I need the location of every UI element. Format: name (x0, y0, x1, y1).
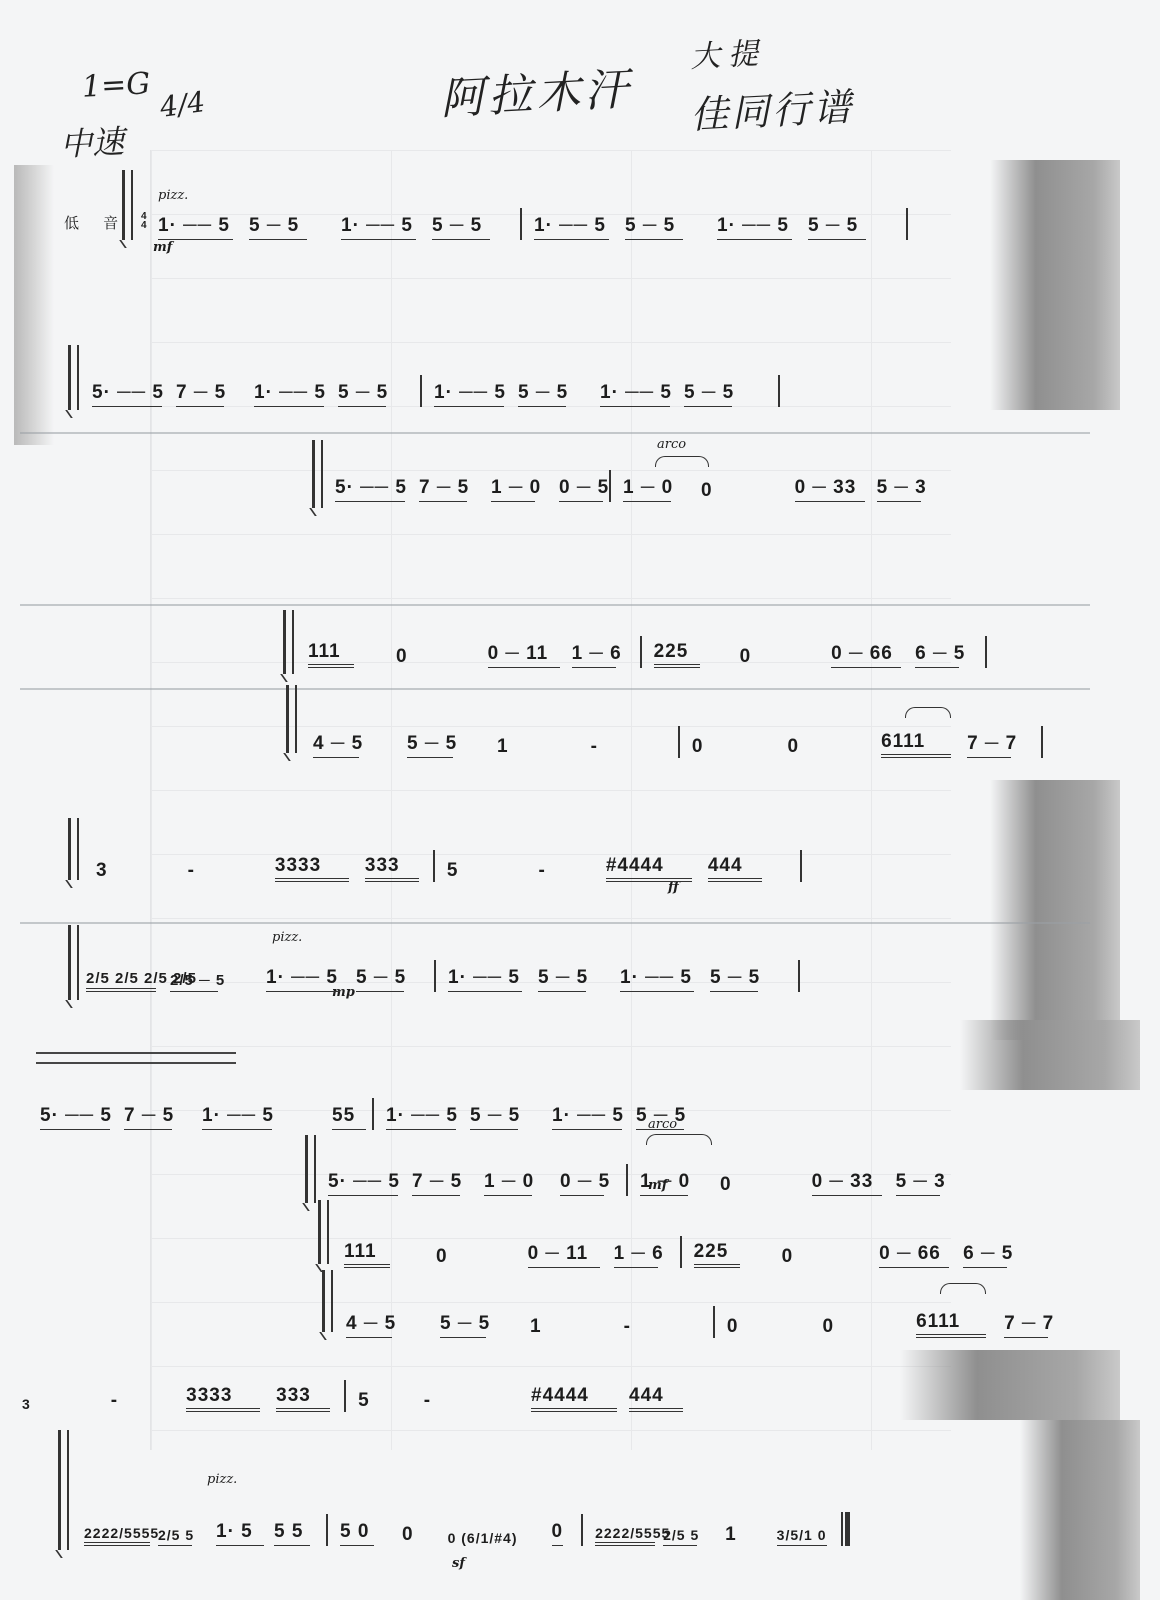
staff-1: 1· ── 5 5 ─ 5 1· ── 5 5 ─ 5 1· ── 5 5 ─ … (158, 208, 920, 240)
note-group: 0 ─ 11 (528, 1243, 600, 1268)
note-group: 1· ── 5 (620, 967, 694, 992)
system-bracket (122, 170, 133, 240)
note-group: 7 ─ 7 (1004, 1313, 1048, 1338)
final-barline (841, 1512, 850, 1546)
instrument-part: 大提 (689, 28, 767, 76)
note-group: 5 0 (340, 1521, 374, 1546)
note-group: 1· ── 5 (266, 967, 340, 992)
note-group: 6111 (916, 1311, 986, 1338)
chord-group: 2/5 ─ 5 (170, 972, 218, 992)
system-bracket (68, 818, 79, 880)
note-group: 5 ─ 5 (808, 215, 866, 240)
note-group: 0 (720, 1174, 732, 1196)
note-group: 5 ─ 5 (684, 382, 732, 407)
barline (420, 375, 422, 407)
scan-shadow-right-1 (990, 160, 1120, 410)
note-group: #4444 (606, 855, 692, 882)
note-group: 5 ─ 5 (432, 215, 490, 240)
note-group: 3333 (186, 1385, 260, 1412)
note-group: - (188, 860, 195, 882)
note-group: 5 ─ 5 (518, 382, 566, 407)
staff-4: 111 0 0 ─ 11 1 ─ 6 225 0 0 ─ 66 6 ─ 5 (308, 636, 999, 668)
technique-marking: pizz. (207, 1472, 237, 1487)
note-group: 1· ── 5 (552, 1105, 622, 1130)
staff-13: 2222/5555 2/5 5 1· 5 5 5 5 0 0 0 (6/1/#4… (84, 1512, 850, 1546)
note-group: 5 ─ 5 (625, 215, 683, 240)
note-group: 0 (740, 646, 752, 668)
note-group: - (591, 736, 598, 758)
note-group: 5 ─ 5 (338, 382, 386, 407)
piece-title: 阿拉木汗 (438, 53, 633, 127)
note-group: 4 ─ 5 (313, 733, 359, 758)
barline (800, 850, 802, 882)
note-group: 1 ─ 6 (614, 1243, 658, 1268)
paper-strip-edge (20, 922, 1090, 924)
note-group: 1· ── 5 (254, 382, 324, 407)
note-group: 444 (708, 855, 762, 882)
note-group: 0 (787, 736, 799, 758)
note-group: 5 ─ 3 (877, 477, 921, 502)
technique-marking: arco (657, 437, 686, 452)
note-group: 5 ─ 5 (538, 967, 586, 992)
note-group: 1· ── 5 (534, 215, 609, 240)
note-group: 1 (497, 736, 509, 758)
technique-marking: arco (648, 1117, 677, 1132)
note-group: - (424, 1390, 431, 1412)
note-group: 0 ─ 11 (488, 643, 560, 668)
note-group: 0 ─ 5 (560, 1171, 604, 1196)
note-group: 3333 (275, 855, 349, 882)
note-group: 0 (822, 1316, 834, 1338)
staff-3: 5· ── 5 7 ─ 5 1 ─ 0 0 ─ 5 1 ─ 0 0 0 ─ 33… (335, 470, 921, 502)
system-bracket (68, 345, 79, 410)
note-group: 0 ─ 33 (812, 1171, 882, 1196)
note-group: 1 ─ 0 (491, 477, 535, 502)
system-bracket (322, 1270, 333, 1332)
note-group: 5 ─ 5 (407, 733, 453, 758)
system-bracket (283, 610, 294, 674)
staff-2: 5· ── 5 7 ─ 5 1· ── 5 5 ─ 5 1· ── 5 5 ─ … (92, 375, 792, 407)
instrument-label: 低 音 (64, 212, 128, 233)
note-group: 7 ─ 7 (967, 733, 1011, 758)
time-signature: 44 (141, 212, 147, 230)
note-group: 0 (436, 1246, 448, 1268)
staff-5: 4 ─ 5 5 ─ 5 1 - 0 0 6111 7 ─ 7 (313, 726, 1055, 758)
note-group: 0 ─ 66 (831, 643, 901, 668)
technique-marking: pizz. (272, 930, 302, 945)
barline (434, 960, 436, 992)
note-group: 5 ─ 5 (710, 967, 758, 992)
note-group: 1· ── 5 (448, 967, 522, 992)
note-group: 333 (276, 1385, 330, 1412)
note-group: 1 (530, 1316, 542, 1338)
note-group: 5 (358, 1390, 370, 1412)
barline (1041, 726, 1043, 758)
barline (906, 208, 908, 240)
note-group: 1 (725, 1524, 737, 1546)
slur (646, 1134, 712, 1145)
barline (985, 636, 987, 668)
paper-strip-edge (20, 432, 1090, 434)
note-group: 225 (694, 1241, 740, 1268)
system-bracket (312, 440, 323, 508)
note-group: - (538, 860, 545, 882)
staff-8: 5· ── 5 7 ─ 5 1· ── 5 55 1· ── 5 5 ─ 5 1… (40, 1098, 684, 1130)
slur (905, 707, 951, 718)
barline (520, 208, 522, 240)
note-group: 1· ── 5 (341, 215, 416, 240)
scan-shadow-right-4 (900, 1350, 1120, 1420)
barline (713, 1306, 715, 1338)
barline (433, 850, 435, 882)
note-group: 1· ── 5 (600, 382, 670, 407)
note-group: 1· ── 5 (434, 382, 504, 407)
note-group: 0 (692, 736, 704, 758)
note-group: 6111 (881, 731, 951, 758)
note-group: 4 ─ 5 (346, 1313, 392, 1338)
note-group: 3 (96, 860, 108, 882)
barline (344, 1380, 346, 1412)
note-group: 0 ─ 33 (795, 477, 865, 502)
chord-group: 2/5 2/5 2/5 2/5 (86, 970, 156, 992)
note-group: 5 (447, 860, 459, 882)
barline (678, 726, 680, 758)
paper-strip-edge (20, 688, 1090, 690)
note-group: 5· ── 5 (92, 382, 162, 407)
note-group: 0 (552, 1521, 564, 1546)
note-group: 7 ─ 5 (412, 1171, 460, 1196)
note-group: 6 ─ 5 (963, 1243, 1007, 1268)
note-group: 1· ── 5 (386, 1105, 456, 1130)
note-group: 7 ─ 5 (419, 477, 467, 502)
note-group: 333 (365, 855, 419, 882)
paper-strip-edge (20, 604, 1090, 606)
note-group: 1 ─ 0 (484, 1171, 532, 1196)
barline (581, 1514, 583, 1546)
arranger-note: 佳同行谱 (689, 76, 856, 140)
note-group: 1· ── 5 (158, 215, 233, 240)
note-group: 1 ─ 6 (572, 643, 616, 668)
system-bracket (305, 1135, 316, 1203)
note-group: 5· ── 5 (328, 1171, 398, 1196)
scan-shadow-right-2 (990, 780, 1120, 1040)
note-group: 3 (22, 1396, 31, 1412)
note-group: 444 (629, 1385, 683, 1412)
meter: 4/4 (158, 85, 207, 124)
note-group: 5 ─ 5 (470, 1105, 518, 1130)
key-signature: 1=G (81, 66, 151, 105)
scan-shadow-right-3 (960, 1020, 1140, 1090)
barline (798, 960, 800, 992)
slur (940, 1283, 986, 1294)
note-group: 7 ─ 5 (124, 1105, 172, 1130)
note-group: 1· ── 5 (717, 215, 792, 240)
tempo-marking: 中速 (59, 116, 125, 165)
slur (655, 456, 709, 467)
system-bracket (58, 1430, 69, 1550)
staff-10: 111 0 0 ─ 11 1 ─ 6 225 0 0 ─ 66 6 ─ 5 (344, 1236, 1007, 1268)
barline (626, 1164, 628, 1196)
staff-11: 4 ─ 5 5 ─ 5 1 - 0 0 6111 7 ─ 7 (346, 1306, 1048, 1338)
paper-strip-edge (36, 1052, 236, 1054)
note-group: 5 ─ 5 (356, 967, 404, 992)
chord-group: 2/5 5 (663, 1527, 697, 1546)
staff-6: 3 - 3333 333 5 - #4444 444 (96, 850, 814, 882)
chord-group: 3/5/1 0 (777, 1527, 827, 1546)
note-group: 5 5 (274, 1521, 310, 1546)
note-group: 5 ─ 5 (440, 1313, 486, 1338)
note-group: 5 ─ 3 (896, 1171, 940, 1196)
barline (609, 470, 611, 502)
dynamic-marking: sf (452, 1556, 465, 1571)
system-bracket (286, 685, 297, 753)
chord-group: 2/5 5 (158, 1527, 192, 1546)
chord-group: 2222/5555 (84, 1525, 150, 1546)
paper-strip-edge (36, 1062, 236, 1064)
note-group: 111 (344, 1241, 390, 1268)
system-bracket (318, 1200, 329, 1264)
note-group: 225 (654, 641, 700, 668)
chord-group: 2222/5555 (595, 1525, 655, 1546)
note-group: 55 (332, 1105, 366, 1130)
barline (778, 375, 780, 407)
barline (680, 1236, 682, 1268)
note-group: 6 ─ 5 (915, 643, 959, 668)
scan-shadow-right-5 (1020, 1420, 1140, 1600)
staff-12: 3 - 3333 333 5 - #4444 444 (22, 1380, 683, 1412)
staff-7: 2/5 2/5 2/5 2/5 2/5 ─ 5 1· ── 5 5 ─ 5 1·… (86, 960, 812, 992)
technique-marking: pizz. (158, 188, 188, 203)
note-group: 0 (701, 480, 713, 502)
note-group: 5· ── 5 (335, 477, 405, 502)
barline (640, 636, 642, 668)
dynamic-marking: ff (668, 880, 679, 895)
note-group: 5· ── 5 (40, 1105, 110, 1130)
note-group: 0 (727, 1316, 739, 1338)
note-group: 7 ─ 5 (176, 382, 224, 407)
scan-shadow-left (14, 165, 54, 445)
note-group: 1· ── 5 (202, 1105, 272, 1130)
dynamic-marking: mf (153, 240, 172, 255)
note-group: 1 ─ 0 (640, 1171, 688, 1196)
note-group: - (111, 1390, 118, 1412)
note-group: 0 (396, 646, 408, 668)
note-group: 1· 5 (216, 1521, 264, 1546)
note-group: 5 ─ 5 (249, 215, 307, 240)
system-bracket (68, 925, 79, 1000)
barline (326, 1514, 328, 1546)
note-group: 0 ─ 66 (879, 1243, 949, 1268)
note-group: - (624, 1316, 631, 1338)
staff-9: 5· ── 5 7 ─ 5 1 ─ 0 0 ─ 5 1 ─ 0 0 0 ─ 33… (328, 1164, 940, 1196)
note-group: 111 (308, 641, 354, 668)
note-group: 0 (782, 1246, 794, 1268)
note-group: #4444 (531, 1385, 617, 1412)
note-group: 0 (402, 1524, 414, 1546)
chord-group: 0 (6/1/#4) (448, 1530, 518, 1546)
barline (372, 1098, 374, 1130)
note-group: 0 ─ 5 (559, 477, 603, 502)
note-group: 1 ─ 0 (623, 477, 671, 502)
